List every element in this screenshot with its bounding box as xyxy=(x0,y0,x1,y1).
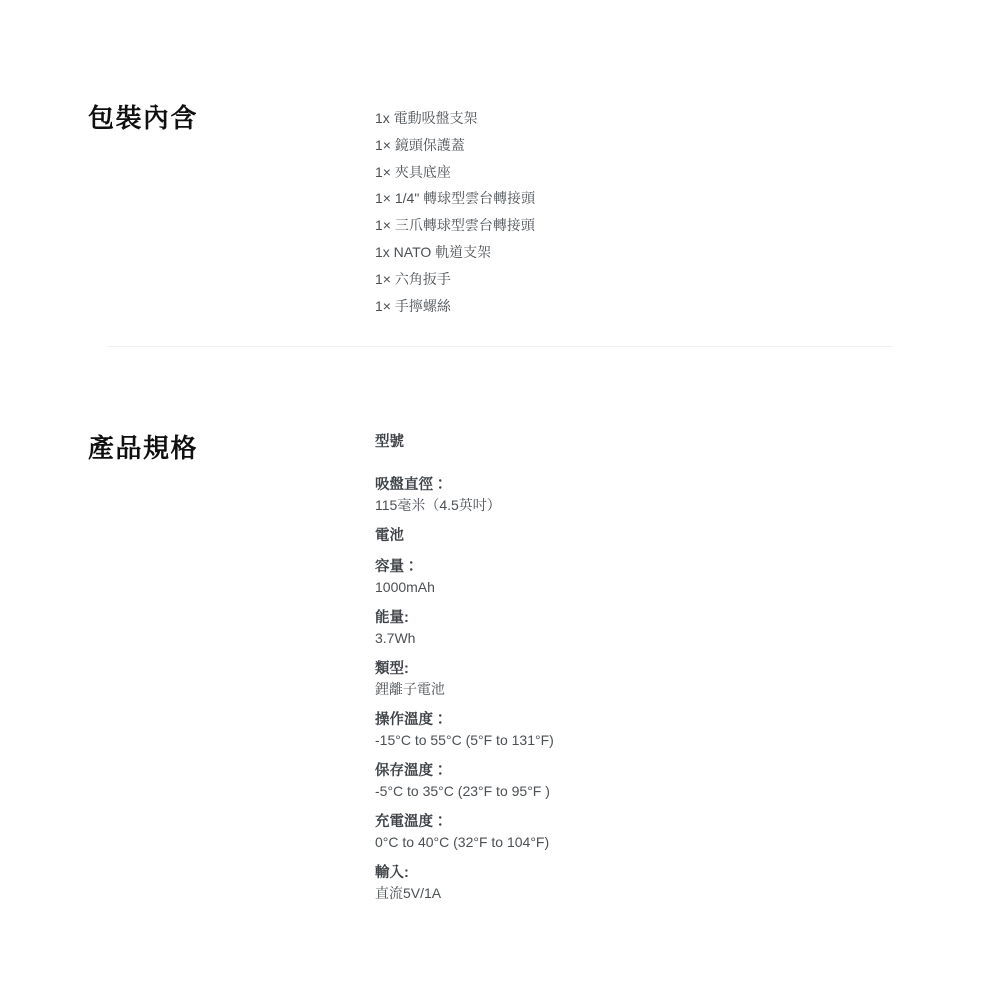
package-contents-list-column: 1x 電動吸盤支架 1× 鏡頭保護蓋 1× 夾具底座 1× 1/4" 轉球型雲台… xyxy=(375,103,1000,319)
product-specs-heading-column: 產品規格 xyxy=(88,433,375,463)
spec-group-model: 型號 xyxy=(375,433,1000,452)
spec-label: 型號 xyxy=(375,433,1000,452)
spec-label: 保存溫度： xyxy=(375,762,1000,781)
package-item: 1× 三爪轉球型雲台轉接頭 xyxy=(375,212,1000,239)
spec-value: 3.7Wh xyxy=(375,628,1000,648)
package-contents-list: 1x 電動吸盤支架 1× 鏡頭保護蓋 1× 夾具底座 1× 1/4" 轉球型雲台… xyxy=(375,103,1000,319)
product-detail-page: 包裝內含 1x 電動吸盤支架 1× 鏡頭保護蓋 1× 夾具底座 1× 1/4" … xyxy=(0,0,1000,1000)
package-contents-heading-column: 包裝內含 xyxy=(88,103,375,133)
spec-label: 輸入: xyxy=(375,864,1000,883)
spec-group-charging-temperature: 充電溫度： 0°C to 40°C (32°F to 104°F) xyxy=(375,813,1000,852)
package-item: 1x 電動吸盤支架 xyxy=(375,105,1000,132)
spec-label: 吸盤直徑： xyxy=(375,476,1000,495)
package-item: 1× 夾具底座 xyxy=(375,159,1000,186)
package-item: 1x NATO 軌道支架 xyxy=(375,239,1000,266)
package-item: 1× 1/4" 轉球型雲台轉接頭 xyxy=(375,185,1000,212)
spec-group-operating-temperature: 操作溫度： -15°C to 55°C (5°F to 131°F) xyxy=(375,711,1000,750)
package-item: 1× 手擰螺絲 xyxy=(375,293,1000,320)
spec-group-suction-diameter: 吸盤直徑： 115毫米（4.5英吋） xyxy=(375,476,1000,515)
package-contents-title: 包裝內含 xyxy=(88,103,375,133)
spec-label: 充電溫度： xyxy=(375,813,1000,832)
spec-label: 操作溫度： xyxy=(375,711,1000,730)
spec-label: 能量: xyxy=(375,609,1000,628)
spec-group-energy: 能量: 3.7Wh xyxy=(375,609,1000,648)
spec-group-capacity: 容量： 1000mAh xyxy=(375,558,1000,597)
product-specs-title: 產品規格 xyxy=(88,433,375,463)
spec-value: 0°C to 40°C (32°F to 104°F) xyxy=(375,832,1000,852)
spec-group-battery-type: 類型: 鋰離子電池 xyxy=(375,660,1000,699)
product-specs-list-column: 型號 吸盤直徑： 115毫米（4.5英吋） 電池 容量： 1000mAh 能量:… xyxy=(375,433,1000,915)
package-item: 1× 六角扳手 xyxy=(375,266,1000,293)
spec-group-input: 輸入: 直流5V/1A xyxy=(375,864,1000,903)
package-contents-section: 包裝內含 1x 電動吸盤支架 1× 鏡頭保護蓋 1× 夾具底座 1× 1/4" … xyxy=(0,0,1000,319)
spec-value: 1000mAh xyxy=(375,577,1000,597)
spec-value: -15°C to 55°C (5°F to 131°F) xyxy=(375,730,1000,750)
spec-value: 直流5V/1A xyxy=(375,883,1000,903)
spec-value: 115毫米（4.5英吋） xyxy=(375,495,1000,515)
product-specs-section: 產品規格 型號 吸盤直徑： 115毫米（4.5英吋） 電池 容量： 1000mA… xyxy=(0,347,1000,915)
spec-label: 容量： xyxy=(375,558,1000,577)
spec-value: -5°C to 35°C (23°F to 95°F ) xyxy=(375,781,1000,801)
spec-value: 鋰離子電池 xyxy=(375,679,1000,699)
spec-group-storage-temperature: 保存溫度： -5°C to 35°C (23°F to 95°F ) xyxy=(375,762,1000,801)
spec-label: 類型: xyxy=(375,660,1000,679)
package-item: 1× 鏡頭保護蓋 xyxy=(375,132,1000,159)
spec-label: 電池 xyxy=(375,527,1000,546)
spec-group-battery-header: 電池 xyxy=(375,527,1000,546)
